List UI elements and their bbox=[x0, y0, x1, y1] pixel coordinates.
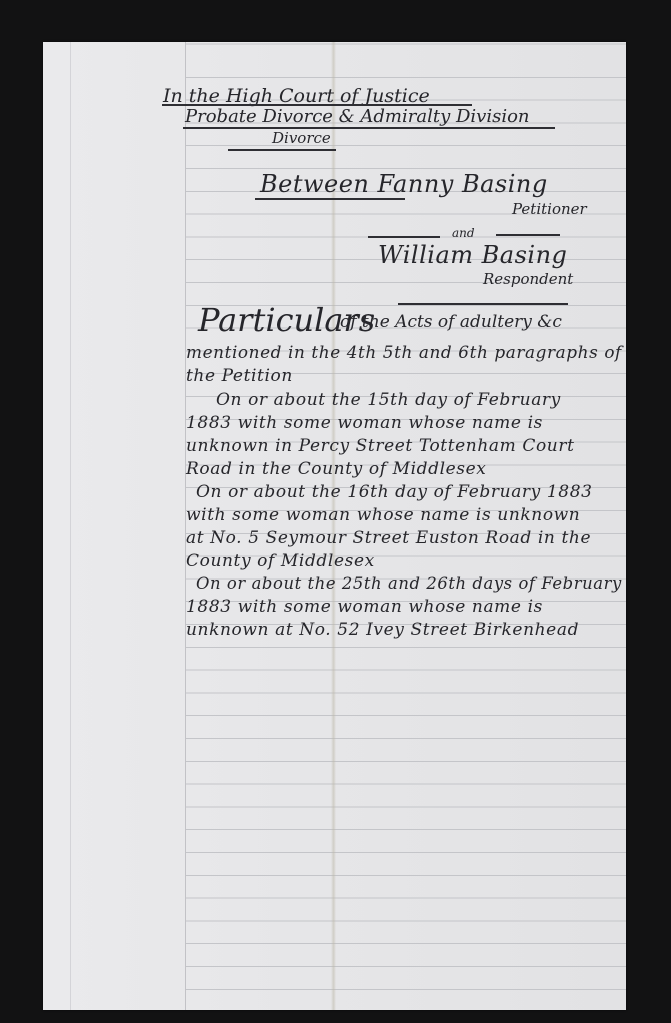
body-line: the Petition bbox=[186, 368, 293, 385]
inner-margin-rule bbox=[185, 42, 186, 1010]
body-line: 1883 with some woman whose name is bbox=[186, 599, 543, 616]
division-heading: Probate Divorce & Admiralty Division bbox=[185, 108, 530, 126]
body-line: unknown in Percy Street Tottenham Court bbox=[186, 438, 575, 455]
outer-margin-rule bbox=[70, 42, 71, 1010]
between-label: Between bbox=[260, 170, 369, 198]
particulars-subtitle: of the Acts of adultery &c bbox=[340, 314, 562, 331]
parties-between: Between Fanny Basing bbox=[260, 172, 548, 196]
between-underline bbox=[255, 198, 405, 200]
body-line: On or about the 16th day of February 188… bbox=[196, 484, 593, 501]
jurisdiction-underline bbox=[228, 149, 336, 151]
body-line: mentioned in the 4th 5th and 6th paragra… bbox=[186, 345, 622, 362]
petitioner-role: Petitioner bbox=[512, 202, 587, 217]
and-label: and bbox=[452, 227, 475, 239]
body-line: unknown at No. 52 Ivey Street Birkenhead bbox=[186, 622, 579, 639]
division-underline bbox=[183, 127, 555, 129]
body-line: Road in the County of Middlesex bbox=[186, 461, 486, 478]
body-line: at No. 5 Seymour Street Euston Road in t… bbox=[186, 530, 591, 547]
and-rule-left bbox=[368, 236, 440, 238]
title-separator bbox=[398, 303, 568, 305]
and-rule-right bbox=[496, 234, 560, 236]
body-line: with some woman whose name is unknown bbox=[186, 507, 580, 524]
jurisdiction-heading: Divorce bbox=[272, 131, 331, 146]
body-line: County of Middlesex bbox=[186, 553, 375, 570]
body-line: 1883 with some woman whose name is bbox=[186, 415, 543, 432]
body-line: On or about the 25th and 26th days of Fe… bbox=[196, 576, 622, 593]
respondent-name: William Basing bbox=[378, 243, 567, 267]
petitioner-name: Fanny Basing bbox=[378, 170, 548, 198]
body-line: On or about the 15th day of February bbox=[216, 392, 561, 409]
respondent-role: Respondent bbox=[483, 272, 573, 287]
